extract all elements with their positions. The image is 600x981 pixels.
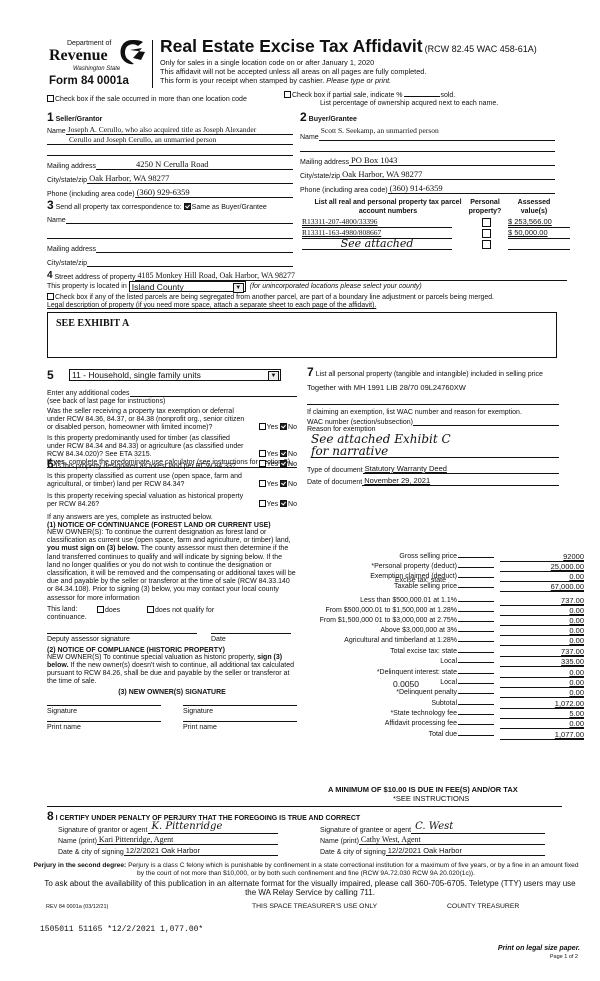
table-row: R13311-207-4800/33396$ 253,566.00 [300,217,560,228]
notice1-title: (1) NOTICE OF CONTINUANCE (FOREST LAND O… [47,522,297,529]
seller-city-label: City/state/zip [47,177,87,184]
tax-label-text: *Personal property (deduct) [371,563,457,570]
checkbox-icon[interactable] [284,91,291,98]
correspondence-heading: 3 Send all property tax correspondence t… [47,198,293,212]
tax-row-label: *Personal property (deduct) [371,563,494,570]
tax-row-label: *Delinquent penalty [396,689,494,696]
tax-leader-line [458,587,494,588]
doc-type-label: Type of document [307,467,363,474]
section7: 7 List all personal property (tangible a… [307,368,559,486]
accessibility-notice: To ask about the availability of this pu… [40,879,580,897]
corr-city-field[interactable] [87,257,293,267]
cashier-stamp: 1505011 51165 *12/2/2021 1,077.00* [40,925,203,934]
grantor-signature-block: Signature of grantor or agentK. Pittenri… [58,822,278,856]
parcel-number-field[interactable]: R13311-207-4800/33396 [302,217,452,228]
yes-checkbox[interactable] [259,450,266,457]
no-checkbox[interactable] [280,500,287,507]
tax-row-label: Gross selling price [399,553,494,560]
q-historical-text: Is this property receiving special valua… [47,493,243,508]
notice2-title: (2) NOTICE OF COMPLIANCE (HISTORIC PROPE… [47,647,297,654]
yes-no-group: Yes No [259,460,297,469]
tax-label-text: Gross selling price [399,553,457,560]
street-address-field[interactable]: 4185 Monkey Hill Road, Oak Harbor, WA 98… [135,271,567,281]
seller-mailing-field[interactable]: 4250 N Cerulla Road [96,159,293,170]
perjury-bold: Perjury in the second degree: [34,862,127,869]
tax-value-field[interactable]: 1,072.00 [500,699,584,709]
no-label: No [288,481,297,488]
segregated-checkbox[interactable]: Check box if any of the listed parcels a… [47,293,567,301]
q-timber-text: Is this property predominantly used for … [47,435,244,458]
grantee-name-label: Name (print) [320,838,359,845]
subtitle-3-em: Please type or print. [326,76,391,85]
checkbox-icon[interactable] [47,95,54,102]
tax-value-field[interactable]: 0.00 [500,616,584,626]
section-number: 8 [47,809,54,823]
q-current-use-text: Is this property classified as current u… [47,473,242,488]
partial-sale-label: Check box if partial sale, indicate % [292,92,403,99]
yes-no-group: Yes No [259,423,297,432]
page-number: Page 1 of 2 [550,954,578,960]
tax-label-text: From $500,000.01 to $1,500,000 at 1.28% [325,607,457,614]
title-ref: (RCW 82.45 WAC 458-61A) [425,44,537,54]
personal-property-label: List all personal property (tangible and… [316,371,543,378]
seller-name-line3[interactable] [47,145,293,156]
buyer-phone-label: Phone (including area code) [300,187,388,194]
yes-no-group: Yes No [259,480,297,489]
print-name-label: Print name [183,724,217,731]
tax-value-field[interactable]: 0.00 [500,626,584,636]
continuance-label: continuance. [47,614,297,621]
personal-property-checkbox[interactable] [482,229,491,238]
legal-description-label: Legal description of property (if you ne… [47,302,567,309]
col-header-assessed: Assessed value(s) [508,198,560,216]
tax-label-text: *Delinquent interest: state [377,669,457,676]
q-forest-text: Is this property designated as forest la… [56,463,236,470]
logo-state: Washington State [73,66,120,72]
personal-property-heading: 7 List all personal property (tangible a… [307,368,559,379]
buyer-city-label: City/state/zip [300,173,340,180]
tax-row-label: *State technology fee [390,710,494,717]
notice1-body: NEW OWNER(S): To continue the current de… [47,529,297,603]
print-legal-note: Print on legal size paper. [498,945,580,952]
tax-label-text: Total due [429,731,457,738]
yes-no-group: Yes No [259,450,297,459]
section-number: 4 [47,270,53,281]
subtitle-3: This form is your receipt when stamped b… [160,76,391,85]
personal-property-field[interactable]: Together with MH 1991 LIB 28/70 09L24760… [307,383,559,392]
tax-label-text: From $1,500,000 01 to $3,000,000 at 2.75… [320,617,457,624]
assessor-date-field[interactable]: Date [211,633,291,643]
tax-row-label: Local [440,658,494,665]
tax-label-text: *Delinquent penalty [396,689,457,696]
section-number: 1 [47,110,54,124]
tax-value-field[interactable]: 67,000.00 [500,582,584,592]
owner-sig-row: Signature Signature [47,705,297,715]
print-name-label: Print name [47,724,81,731]
notice1-c: The county assessor must then determine … [47,545,296,601]
qualify-row: This land: does does not qualify for [47,606,297,614]
ownership-note: List percentage of ownership acqured nex… [320,100,498,107]
additional-codes-label: Enter any additional codes [47,390,130,397]
dor-logo: Department of Revenue Washington State F… [45,38,153,88]
notice3-title: (3) NEW OWNER(S) SIGNATURE [47,689,297,696]
signature-label: Signature [47,708,77,715]
partial-sale-percent-field[interactable] [404,96,440,97]
county-value: Island County [132,282,184,292]
partial-sale-checkbox[interactable]: Check box if partial sale, indicate % so… [284,91,455,99]
subtitle-1: Only for sales in a single location code… [160,58,374,67]
yes-label: Yes [267,461,278,468]
section-number: 7 [307,365,314,379]
tax-label-text: Subtotal [431,700,457,707]
tax-row-label: *Delinquent interest: state [377,669,494,676]
located-label: This property is located in [47,283,127,290]
yes-checkbox[interactable] [259,500,266,507]
notice1-a: NEW OWNER(S): To continue the current de… [47,529,291,544]
tax-leader-line [458,577,494,578]
parcel-number-field[interactable]: See attached [302,239,452,250]
yes-checkbox[interactable] [259,423,266,430]
exemption-question: Was the seller receiving a property tax … [47,408,297,432]
section-title: Buyer/Grantee [309,116,357,123]
partial-sale-suffix: sold. [440,92,455,99]
grantee-date-field[interactable]: 12/2/2021 Oak Harbor [386,846,545,856]
section8-rule [47,806,562,807]
tax-value-field[interactable]: 0.00 [500,668,584,678]
corr-name-label: Name [47,217,66,224]
tax-row-label: From $500,000.01 to $1,500,000 at 1.28% [325,607,494,614]
header-divider [152,40,153,88]
no-label: No [288,461,297,468]
dropdown-arrow-icon[interactable]: ▼ [233,283,244,293]
local-rate: 0.0050 [393,679,419,689]
tax-row-label: Subtotal [431,700,494,707]
page-title: Real Estate Excise Tax Affidavit [160,36,423,56]
perjury-text: Perjury is a class C felony which is pun… [128,862,578,877]
signature-label: Signature [183,708,213,715]
tax-value-field[interactable]: 25,000.00 [500,562,584,572]
buyer-city-field[interactable]: Oak Harbor, WA 98277 [340,169,555,180]
county-select[interactable]: Island County▼ [129,281,246,292]
tax-leader-line [458,714,494,715]
reason-line2[interactable]: for narrative [311,445,559,458]
owner-print-name-1[interactable]: Print name [47,721,161,731]
grantee-signature-field[interactable]: C. West [411,822,545,834]
wac-field[interactable] [413,417,559,426]
notice2-a: NEW OWNER(S) To continue special valuati… [47,654,255,661]
minimum-due-note: A MINIMUM OF $10.00 IS DUE IN FEE(S) AND… [328,785,518,794]
seller-name-label: Name [47,128,66,135]
grantee-signature-block: Signature of grantee or agentC. West Nam… [320,822,545,856]
tax-leader-line [458,621,494,622]
tax-label-text: Less than $500,000.01 at 1.1% [360,597,457,604]
tax-value-field[interactable]: 0.00 [500,719,584,729]
tax-value-field[interactable]: 92000 [500,552,584,562]
tax-leader-line [458,557,494,558]
tax-leader-line [458,641,494,642]
logo-revenue: Revenue [49,47,108,65]
assessed-value-field[interactable] [508,239,570,250]
buyer-mailing-label: Mailing address [300,159,349,166]
tax-leader-line [458,724,494,725]
seller-name-field-line2[interactable]: Cerullo and Joseph Cerullo, an unmarried… [47,135,293,145]
tax-leader-line [458,683,494,684]
owner-signature-1[interactable]: Signature [47,705,161,715]
legal-description-value: SEE EXHIBIT A [56,318,129,329]
tax-value-field[interactable]: 0.00 [500,688,584,698]
tax-leader-line [458,735,494,736]
same-as-buyer-label: Same as Buyer/Grantee [192,204,267,211]
section-number: 3 [47,198,54,212]
seller-heading: 1 Seller/Grantor [47,110,293,124]
tax-label-text: Local [440,679,457,686]
personal-property-line2[interactable] [307,392,559,405]
street-label: Street address of property [55,274,136,281]
property-section: 4 Street address of property4185 Monkey … [47,270,567,358]
no-label: No [288,451,297,458]
yes-no-group: Yes No [259,500,297,509]
does-checkbox[interactable]: does [97,606,147,614]
does-not-label: does not qualify for [155,607,214,614]
tax-value-field[interactable]: 0.00 [500,572,584,582]
tax-label-text: *State technology fee [390,710,457,717]
doc-date-label: Date of document [307,479,362,486]
corr-city-label: City/state/zip [47,260,87,267]
no-checkbox[interactable] [280,450,287,457]
tax-row-label: Total excise tax: state [390,648,494,655]
tax-value-field[interactable]: 737.00 [500,596,584,606]
deputy-signature-field[interactable]: Deputy assessor signature [47,633,197,643]
seller-phone-field[interactable]: (360) 929-6359 [135,187,293,198]
treasurer-use-label: THIS SPACE TREASURER'S USE ONLY [252,903,377,910]
checkbox-icon[interactable] [147,606,154,613]
form-number: Form 84 0001a [49,75,129,87]
grantor-date-field[interactable]: 12/2/2021 Oak Harbor [124,846,278,856]
personal-property-checkbox[interactable] [482,240,491,249]
tax-value-field[interactable]: 737.00 [500,647,584,657]
wac-label: WAC number (section/subsection) [307,419,413,426]
buyer-mailing-field[interactable]: PO Box 1043 [349,155,555,166]
notice2-body: NEW OWNER(S) To continue special valuati… [47,654,297,687]
tax-label-text: Affidavit processing fee [385,720,457,727]
no-checkbox[interactable] [280,480,287,487]
see-instructions: *SEE INSTRUCTIONS [393,794,469,803]
segregated-label: Check box if any of the listed parcels a… [55,294,494,301]
personal-property-checkbox[interactable] [482,218,491,227]
notice1-b: you must sign on (3) below. [47,545,139,552]
owner-print-name-2[interactable]: Print name [183,721,297,731]
tax-value-field[interactable]: 0.00 [500,606,584,616]
col-header-personal: Personal property? [465,198,505,216]
tax-leader-line [458,601,494,602]
section-number: 5 [47,368,69,382]
grantor-sig-label: Signature of grantor or agent [58,827,148,834]
subtitle-2: This affidavit will not be accepted unle… [160,67,426,76]
section-number: 6 [47,457,54,471]
tax-leader-line [458,673,494,674]
date-label: Date [211,636,226,643]
seller-phone-label: Phone (including area code) [47,191,135,198]
no-label: No [288,424,297,431]
grantor-name-label: Name (print) [58,838,97,845]
buyer-phone-field[interactable]: (360) 914-6359 [388,183,555,194]
table-row: R13311-163-4980/808667$ 50,000.00 [300,228,560,239]
additional-codes-field[interactable] [130,388,298,397]
corr-name-line2[interactable] [47,224,293,239]
notice2-c: If the new owner(s) doesn't wish to cont… [47,662,294,685]
grantor-signature-field[interactable]: K. Pittenridge [148,822,278,834]
parcel-rows: R13311-207-4800/33396$ 253,566.00R13311-… [300,217,560,250]
grantee-sig-label: Signature of grantee or agent [320,827,411,834]
yes-label: Yes [267,451,278,458]
correspondence-label: Send all property tax correspondence to: [56,204,182,211]
excise-heading: Excise tax: state [395,577,446,584]
section6: 6 Is this property designated as forest … [47,460,297,731]
q-exemption-text: Was the seller receiving a property tax … [47,408,244,431]
yes-label: Yes [267,424,278,431]
checkbox-icon[interactable] [47,293,54,300]
same-as-buyer-checkbox[interactable] [184,203,191,210]
exemption-label: If claiming an exemption, list WAC numbe… [307,409,559,416]
tax-leader-line [458,567,494,568]
tax-label-text: Local [440,658,457,665]
buyer-name-field[interactable]: Scott S. Seekamp, an unmarried person [319,126,555,141]
title-block: Real Estate Excise Tax Affidavit (RCW 82… [160,36,537,57]
yes-label: Yes [267,481,278,488]
land-use-value: 11 - Household, single family units [72,370,201,380]
assessed-value-field[interactable]: $ 50,000.00 [508,228,570,239]
tax-row-label: Affidavit processing fee [385,720,494,727]
tax-row-label: From $1,500,000 01 to $3,000,000 at 2.75… [320,617,494,624]
correspondence-section: 3 Send all property tax correspondence t… [47,198,293,267]
tax-row-label: Less than $500,000.01 at 1.1% [360,597,494,604]
tax-label-text: Total excise tax: state [390,648,457,655]
subtitle-3-text: This form is your receipt when stamped b… [160,76,324,85]
doc-date-field[interactable]: November 29, 2021 [362,476,559,486]
grantee-name-field[interactable]: Cathy West, Agent [359,835,545,845]
logo-dept-of: Department of [67,40,111,47]
dropdown-arrow-icon[interactable]: ▼ [268,371,279,381]
tax-value-field[interactable]: 0.00 [500,636,584,646]
col-header-parcel: List all real and personal property tax … [308,198,468,216]
tax-row-label: Taxable selling price [394,583,494,590]
buyer-name-line2[interactable] [300,141,555,152]
tax-value-field[interactable]: 0.00 [500,678,584,688]
tax-row-label: Total due [429,731,494,738]
does-label: does [105,607,120,614]
if-yes-note: If any answers are yes, complete as inst… [47,514,297,521]
corr-name-field[interactable] [66,214,293,224]
grantee-date-label: Date & city of signing [320,849,386,856]
multi-location-label: Check box if the sale occurred in more t… [55,96,247,103]
tax-leader-line [458,693,494,694]
buyer-name-label: Name [300,134,319,141]
tax-leader-line [458,611,494,612]
tax-label-text: Taxable selling price [394,583,457,590]
seller-mailing-label: Mailing address [47,163,96,170]
buyer-section: 2 Buyer/Grantee NameScott S. Seekamp, an… [300,110,555,194]
tax-value-field[interactable]: 1,077.00 [500,730,584,740]
yes-checkbox[interactable] [259,480,266,487]
no-checkbox[interactable] [280,423,287,430]
land-use-select[interactable]: 11 - Household, single family units▼ [69,369,281,381]
corr-mailing-label: Mailing address [47,246,96,253]
yes-checkbox[interactable] [259,460,266,467]
corr-mailing-field[interactable] [96,243,293,253]
grantor-date-label: Date & city of signing [58,849,124,856]
tax-label-text: Above $3,000,000 at 3% [380,627,457,634]
assessor-sig-row: Deputy assessor signature Date [47,633,297,643]
does-not-checkbox[interactable]: does not qualify for [147,606,214,614]
county-note: (for unincorporated locations please sel… [250,283,422,290]
seller-name-field[interactable]: Joseph A. Cerullo, who also acquired tit… [66,125,293,135]
tax-label-text: Agricultural and timberland at 1.28% [344,637,457,644]
no-checkbox[interactable] [280,460,287,467]
tax-leader-line [458,652,494,653]
yes-label: Yes [267,501,278,508]
grantor-name-field[interactable]: Kari Pittenridge, Agent [97,835,278,845]
tax-leader-line [458,662,494,663]
tax-value-field[interactable]: 335.00 [500,657,584,667]
tax-value-field[interactable]: 5.00 [500,709,584,719]
timber-question: Is this property predominantly used for … [47,435,297,459]
this-land-label: This land: [47,606,97,614]
dor-swirl-icon [117,38,147,66]
revision-code: REV 84 0001a (03/12/21) [46,904,108,910]
tax-leader-line [458,704,494,705]
tax-row-label: Agricultural and timberland at 1.28% [344,637,494,644]
county-treasurer-label: COUNTY TREASURER [447,903,519,910]
tax-row-label: Local [440,679,494,686]
section-title: Seller/Grantor [56,116,103,123]
tax-leader-line [458,631,494,632]
seller-city-field[interactable]: Oak Harbor, WA 98277 [87,173,293,184]
assessed-value-field[interactable]: $ 253,566.00 [508,217,570,228]
owner-print-row: Print name Print name [47,721,297,731]
section-number: 2 [300,110,307,124]
buyer-heading: 2 Buyer/Grantee [300,110,555,124]
no-label: No [288,501,297,508]
owner-signature-2[interactable]: Signature [183,705,297,715]
legal-description-box[interactable]: SEE EXHIBIT A [47,312,557,358]
perjury-notice: Perjury in the second degree: Perjury is… [30,862,582,877]
historical-question: Is this property receiving special valua… [47,493,297,509]
doc-type-field[interactable]: Statutory Warranty Deed [363,464,559,474]
tax-row-label: Above $3,000,000 at 3% [380,627,494,634]
deputy-sig-label: Deputy assessor signature [47,636,130,643]
table-row: See attached [300,239,560,250]
current-use-question: Is this property classified as current u… [47,473,297,489]
section5: 5 11 - Household, single family units▼ E… [47,368,297,468]
multi-location-checkbox[interactable]: Check box if the sale occurred in more t… [47,95,247,103]
forest-question: 6 Is this property designated as forest … [47,460,297,471]
additional-codes-note: (see back of last page for instructions) [47,398,297,405]
seller-section: 1 Seller/Grantor NameJoseph A. Cerullo, … [47,110,293,198]
checkbox-icon[interactable] [97,606,104,613]
